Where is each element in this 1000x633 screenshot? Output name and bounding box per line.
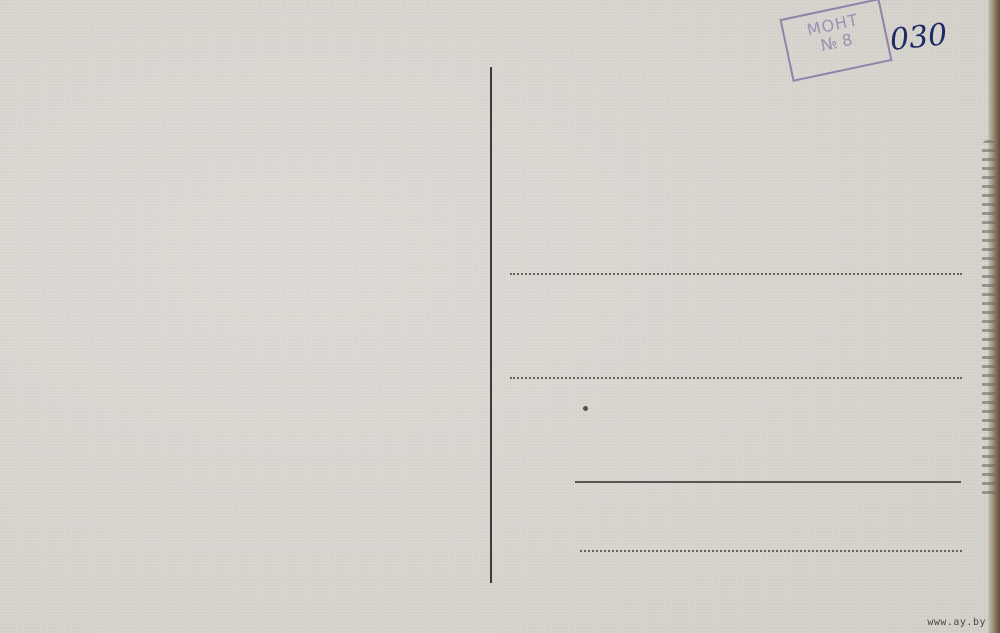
ink-speck — [583, 406, 588, 411]
center-divider-line — [490, 67, 492, 583]
paper-texture — [0, 0, 990, 633]
torn-right-edge — [988, 0, 1000, 633]
postcard-back: МОНТ № 8 030 — [0, 0, 990, 633]
watermark: www.ay.by — [927, 617, 986, 628]
handwritten-number: 030 — [888, 17, 949, 58]
address-line-1 — [510, 273, 962, 275]
address-line-3 — [575, 481, 961, 483]
address-line-4 — [580, 550, 962, 552]
perforation-edge — [982, 140, 996, 500]
address-line-2 — [510, 377, 962, 379]
